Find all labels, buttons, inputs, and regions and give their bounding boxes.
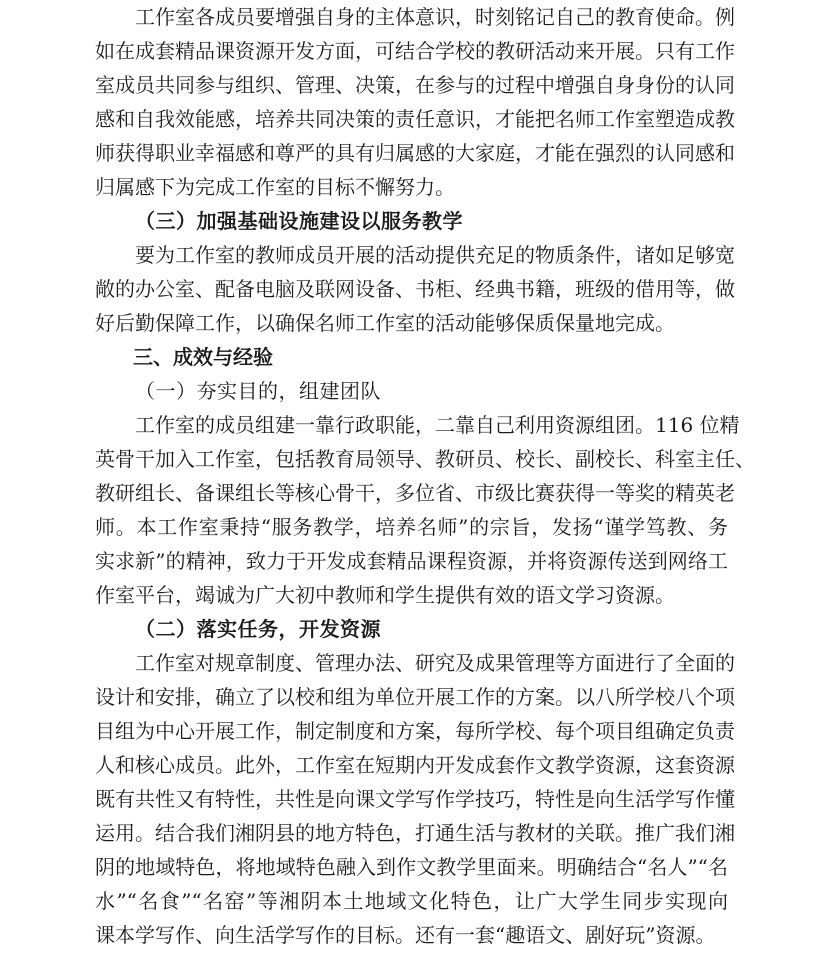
- subheading-infrastructure: （三）加强基础设施建设以服务教学: [95, 204, 728, 238]
- section-heading-results: 三、成效与经验: [95, 340, 728, 374]
- paragraph-line: 室成员共同参与组织、管理、决策，在参与的过程中增强自身身份的认同: [95, 68, 728, 102]
- paragraph-line: 好后勤保障工作，以确保名师工作室的活动能够保质保量地完成。: [95, 306, 728, 340]
- paragraph-line: 人和核心成员。此外，工作室在短期内开发成套作文教学资源，这套资源: [95, 748, 728, 782]
- paragraph-line: 感和自我效能感，培养共同决策的责任意识，才能把名师工作室塑造成教: [95, 102, 728, 136]
- paragraph-line: 设计和安排，确立了以校和组为单位开展工作的方案。以八所学校八个项: [95, 680, 728, 714]
- paragraph-line: 既有共性又有特性，共性是向课文学写作学技巧，特性是向生活学写作懂: [95, 782, 728, 816]
- paragraph-line: 目组为中心开展工作，制定制度和方案，每所学校、每个项目组确定负责: [95, 714, 728, 748]
- subheading-build-team: （一）夯实目的，组建团队: [95, 374, 728, 408]
- paragraph-line: 归属感下为完成工作室的目标不懈努力。: [95, 170, 728, 204]
- paragraph-member-awareness: 工作室各成员要增强自身的主体意识，时刻铭记自己的教育使命。例 如在成套精品课资源…: [95, 0, 728, 204]
- paragraph-line: 如在成套精品课资源开发方面，可结合学校的教研活动来开展。只有工作: [95, 34, 728, 68]
- subheading-develop-resources: （二）落实任务，开发资源: [95, 612, 728, 646]
- paragraph-line: 运用。结合我们湘阴县的地方特色，打通生活与教材的关联。推广我们湘: [95, 816, 728, 850]
- paragraph-line: 师。本工作室秉持“服务教学，培养名师”的宗旨，发扬“谨学笃教、务: [95, 510, 728, 544]
- paragraph-line: 英骨干加入工作室，包括教育局领导、教研员、校长、副校长、科室主任、: [95, 442, 728, 476]
- paragraph-line: 阴的地域特色，将地域特色融入到作文教学里面来。明确结合“名人”“名: [95, 850, 728, 884]
- paragraph-team: 工作室的成员组建一靠行政职能，二靠自己利用资源组团。116 位精 英骨干加入工作…: [95, 408, 728, 612]
- paragraph-line: 课本学写作、向生活学写作的目标。还有一套“趣语文、剧好玩”资源。: [95, 918, 728, 952]
- paragraph-line: 教研组长、备课组长等核心骨干，多位省、市级比赛获得一等奖的精英老: [95, 476, 728, 510]
- paragraph-line: 师获得职业幸福感和尊严的具有归属感的大家庭，才能在强烈的认同感和: [95, 136, 728, 170]
- paragraph-resources: 工作室对规章制度、管理办法、研究及成果管理等方面进行了全面的 设计和安排，确立了…: [95, 646, 728, 952]
- paragraph-line: 实求新”的精神，致力于开发成套精品课程资源，并将资源传送到网络工: [95, 544, 728, 578]
- paragraph-line: 工作室对规章制度、管理办法、研究及成果管理等方面进行了全面的: [95, 646, 728, 680]
- paragraph-infrastructure: 要为工作室的教师成员开展的活动提供充足的物质条件，诸如足够宽 敞的办公室、配备电…: [95, 238, 728, 340]
- document-page: 工作室各成员要增强自身的主体意识，时刻铭记自己的教育使命。例 如在成套精品课资源…: [95, 0, 728, 952]
- paragraph-line: 敞的办公室、配备电脑及联网设备、书柜、经典书籍，班级的借用等，做: [95, 272, 728, 306]
- paragraph-line: 要为工作室的教师成员开展的活动提供充足的物质条件，诸如足够宽: [95, 238, 728, 272]
- paragraph-line: 作室平台，竭诚为广大初中教师和学生提供有效的语文学习资源。: [95, 578, 728, 612]
- paragraph-line: 工作室的成员组建一靠行政职能，二靠自己利用资源组团。116 位精: [95, 408, 728, 442]
- paragraph-line: 工作室各成员要增强自身的主体意识，时刻铭记自己的教育使命。例: [95, 0, 728, 34]
- paragraph-line: 水”“名食”“名窑”等湘阴本土地域文化特色，让广大学生同步实现向: [95, 884, 728, 918]
